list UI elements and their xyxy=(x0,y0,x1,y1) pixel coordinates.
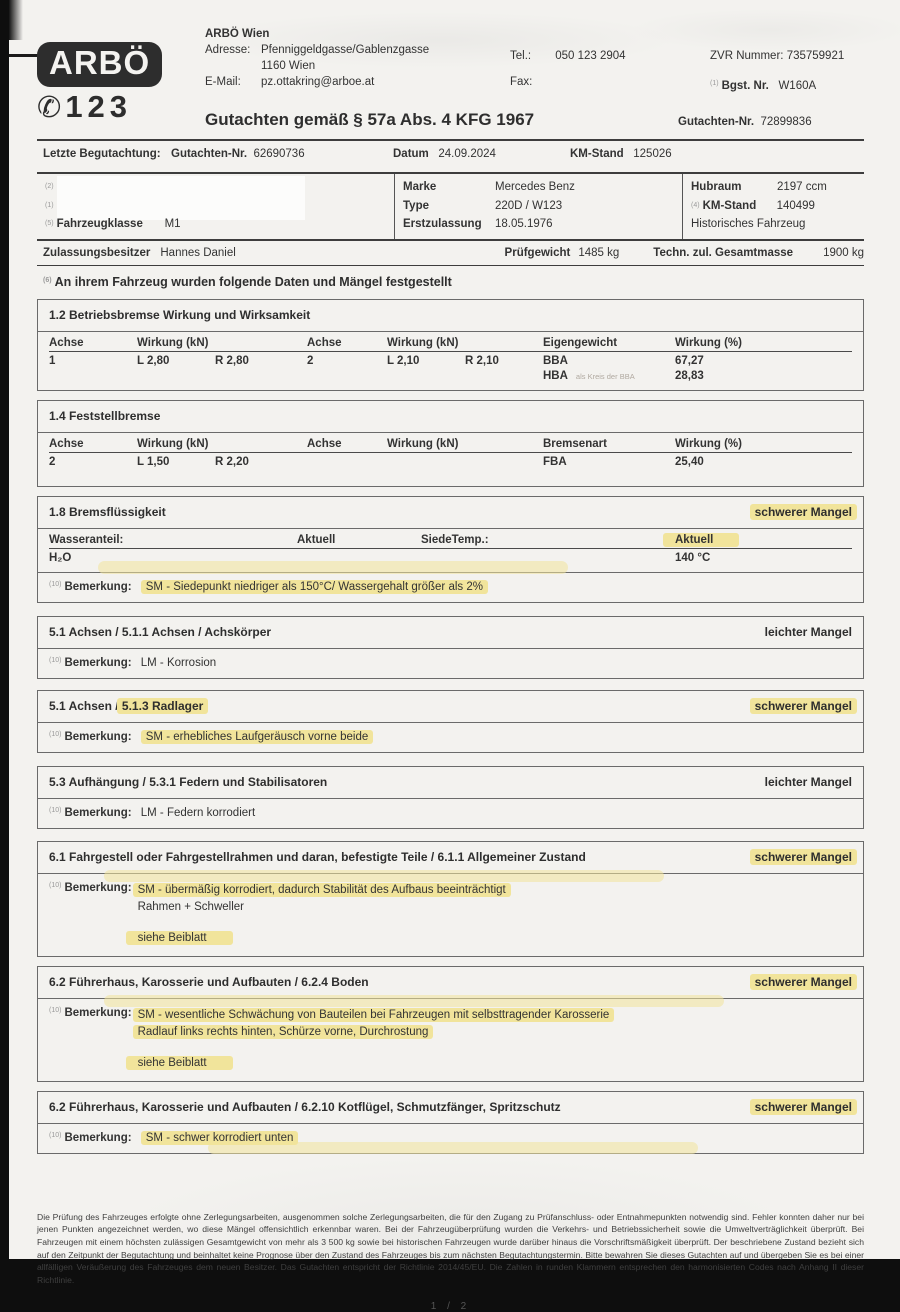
table-row: H₂O 140 °C xyxy=(49,549,852,564)
vehicle-make: Mercedes Benz xyxy=(495,178,575,197)
severity-badge: schwerer Mangel xyxy=(750,974,857,990)
section-defect-axles: 5.1 Achsen / 5.1.1 Achsen / Achskörper l… xyxy=(37,616,864,679)
vehicle-info-block: (2) (1) (5) Fahrzeugklasse M1 Marke Merc… xyxy=(37,172,864,241)
tel-value: 050 123 2904 xyxy=(555,50,625,62)
arboe-logo-badge: ARBÖ xyxy=(37,42,162,87)
last-date: 24.09.2024 xyxy=(438,148,496,160)
vehicle-displacement: 2197 ccm xyxy=(777,178,827,197)
address-line2: 1160 Wien xyxy=(261,58,315,74)
address-line1: Pfenniggeldgasse/Gablenzgasse xyxy=(261,42,429,58)
fax-label: Fax: xyxy=(510,69,552,95)
vehicle-class-value: M1 xyxy=(165,215,181,234)
remark-row: (10)Bemerkung: SM - wesentliche Schwächu… xyxy=(38,998,863,1081)
section-defect-chassis: 6.1 Fahrgestell oder Fahrgestellrahmen u… xyxy=(37,841,864,957)
historic-vehicle-note: Historisches Fahrzeug xyxy=(691,215,805,234)
vehicle-class-label: Fahrzeugklasse xyxy=(57,215,165,234)
severity-badge: schwerer Mangel xyxy=(750,504,857,520)
remark-row: (10)Bemerkung: LM - Korrosion xyxy=(38,648,863,678)
owner-name: Hannes Daniel xyxy=(160,247,235,259)
section-title: 6.2 Führerhaus, Karosserie und Aufbauten… xyxy=(49,975,369,989)
hba-note: als Kreis der BBA xyxy=(576,372,635,381)
table-header: Achse Wirkung (kN) Achse Wirkung (kN) Br… xyxy=(49,438,852,453)
remark-text: LM - Federn korrodiert xyxy=(141,807,255,819)
section-title: 1.2 Betriebsbremse Wirkung und Wirksamke… xyxy=(49,308,310,322)
tel-label: Tel.: xyxy=(510,43,552,69)
section-title: 5.1 Achsen / 5.1.1 Achsen / Achskörper xyxy=(49,625,271,639)
owner-label: Zulassungsbesitzer xyxy=(43,247,150,259)
remark-text: Rahmen + Schweller xyxy=(138,899,506,916)
table-row: 1 L 2,80R 2,80 2 L 2,10R 2,10 BBA 67,27 xyxy=(49,352,852,367)
section-brake-fluid: 1.8 Bremsflüssigkeit schwerer Mangel Was… xyxy=(37,496,864,603)
gross-mass-label: Techn. zul. Gesamtmasse xyxy=(653,247,793,259)
section-title: 6.2 Führerhaus, Karosserie und Aufbauten… xyxy=(49,1100,561,1114)
remark-row: (10)Bemerkung: SM - übermäßig korrodiert… xyxy=(38,873,863,956)
vehicle-km: 140499 xyxy=(777,197,815,216)
branch-address-block: ARBÖ Wien Adresse: Pfenniggeldgasse/Gabl… xyxy=(205,26,510,100)
last-report-no: 62690736 xyxy=(253,148,304,160)
table-row: HBAals Kreis der BBA 28,83 xyxy=(49,367,852,382)
report-no-value: 72899836 xyxy=(760,116,811,128)
bgst-marker: (1) xyxy=(710,80,719,87)
remark-row: (10)Bemerkung: SM - Siedepunkt niedriger… xyxy=(38,572,863,602)
findings-heading: (6)An ihrem Fahrzeug wurden folgende Dat… xyxy=(37,266,864,299)
address-label: Adresse: xyxy=(205,42,261,58)
severity-badge: leichter Mangel xyxy=(765,775,852,789)
remark-text: SM - erhebliches Laufgeräusch vorne beid… xyxy=(141,730,373,744)
substance: H₂O xyxy=(49,552,297,564)
last-inspection-row: Letzte Begutachtung: Gutachten-Nr. 62690… xyxy=(37,141,864,166)
remark-text: SM - Siedepunkt niedriger als 150°C/ Was… xyxy=(141,580,488,594)
section-service-brake: 1.2 Betriebsbremse Wirkung und Wirksamke… xyxy=(37,299,864,391)
table-header: Wasseranteil: Aktuell SiedeTemp.: Aktuel… xyxy=(49,534,852,549)
severity-badge: schwerer Mangel xyxy=(750,1099,857,1115)
test-weight-label: Prüfgewicht xyxy=(505,247,571,259)
owner-row: Zulassungsbesitzer Hannes Daniel Prüfgew… xyxy=(37,241,864,265)
section-defect-floor: 6.2 Führerhaus, Karosserie und Aufbauten… xyxy=(37,966,864,1082)
document-header: ARBÖ ✆123 ARBÖ Wien Adresse: Pfenniggeld… xyxy=(37,26,864,130)
email-label: E-Mail: xyxy=(205,74,261,90)
page-title: Gutachten gemäß § 57a Abs. 4 KFG 1967 xyxy=(205,110,534,130)
vehicle-first-registration: 18.05.1976 xyxy=(495,215,553,234)
bgst-value: W160A xyxy=(778,80,816,92)
email-value: pz.ottakring@arboe.at xyxy=(261,74,374,90)
last-inspection-label: Letzte Begutachtung: xyxy=(43,148,171,160)
section-title: 1.8 Bremsflüssigkeit xyxy=(49,505,166,519)
bgst-label: Bgst. Nr. xyxy=(722,80,769,92)
remark-text: siehe Beiblatt xyxy=(126,1056,233,1070)
registry-block: ZVR Nummer: 735759921 (1)Bgst. Nr. W160A xyxy=(710,26,864,100)
table-header: Achse Wirkung (kN) Achse Wirkung (kN) Ei… xyxy=(49,337,852,352)
test-weight-value: 1485 kg xyxy=(578,247,619,259)
severity-badge: leichter Mangel xyxy=(765,625,852,639)
zvr-value: 735759921 xyxy=(787,50,845,62)
boiling-point: 140 °C xyxy=(675,552,852,564)
zvr-label: ZVR Nummer: xyxy=(710,50,783,62)
logo-phone-number: ✆123 xyxy=(37,89,205,125)
scanned-document-page: ARBÖ ✆123 ARBÖ Wien Adresse: Pfenniggeld… xyxy=(9,0,900,1259)
remark-row: (10)Bemerkung: LM - Federn korrodiert xyxy=(38,798,863,828)
org-name: ARBÖ Wien xyxy=(205,26,269,42)
section-defect-fenders: 6.2 Führerhaus, Karosserie und Aufbauten… xyxy=(37,1091,864,1154)
table-row: 2 L 1,50R 2,20 FBA 25,40 xyxy=(49,453,852,468)
section-defect-wheel-bearing: 5.1 Achsen / 5.1.3 Radlager schwerer Man… xyxy=(37,690,864,753)
contact-block: Tel.: 050 123 2904 Fax: xyxy=(510,26,710,100)
remark-text: SM - schwer korrodiert unten xyxy=(141,1131,299,1145)
section-parking-brake: 1.4 Feststellbremse Achse Wirkung (kN) A… xyxy=(37,400,864,487)
report-no-label: Gutachten-Nr. xyxy=(678,116,754,128)
section-title: 5.1 Achsen / 5.1.3 Radlager xyxy=(49,699,203,713)
severity-badge: schwerer Mangel xyxy=(750,698,857,714)
remark-text: Radlauf links rechts hinten, Schürze vor… xyxy=(133,1025,434,1039)
section-title: 5.3 Aufhängung / 5.3.1 Federn und Stabil… xyxy=(49,775,327,789)
remark-text: LM - Korrosion xyxy=(141,657,216,669)
remark-row: (10)Bemerkung: SM - erhebliches Laufgerä… xyxy=(38,722,863,752)
gross-mass-value: 1900 kg xyxy=(823,247,864,259)
vehicle-type: 220D / W123 xyxy=(495,197,562,216)
severity-badge: schwerer Mangel xyxy=(750,849,857,865)
arboe-logo: ARBÖ ✆123 xyxy=(37,26,205,130)
remark-row: (10)Bemerkung: SM - schwer korrodiert un… xyxy=(38,1123,863,1153)
section-title: 6.1 Fahrgestell oder Fahrgestellrahmen u… xyxy=(49,850,586,864)
legal-disclaimer: Die Prüfung des Fahrzeuges erfolgte ohne… xyxy=(37,1211,864,1273)
remark-text: SM - übermäßig korrodiert, dadurch Stabi… xyxy=(133,883,511,897)
remark-text: siehe Beiblatt xyxy=(126,931,233,945)
section-defect-springs: 5.3 Aufhängung / 5.3.1 Federn und Stabil… xyxy=(37,766,864,829)
remark-text: SM - wesentliche Schwächung von Bauteile… xyxy=(133,1008,615,1022)
section-title: 1.4 Feststellbremse xyxy=(49,409,160,423)
phone-icon: ✆ xyxy=(37,92,61,124)
last-km: 125026 xyxy=(633,148,671,160)
